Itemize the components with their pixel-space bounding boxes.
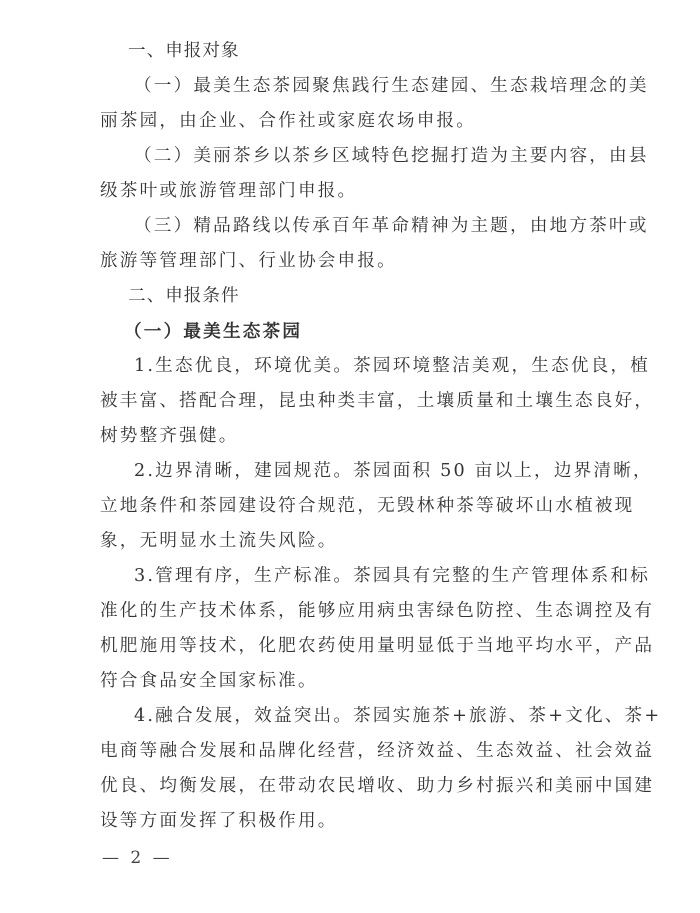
section-heading-2: 二、申报条件 (100, 279, 584, 314)
paragraph-line: 象，无明显水土流失风险。 (100, 524, 584, 559)
paragraph-2-4: 4.融合发展，效益突出。茶园实施茶+旅游、茶+文化、茶+ 电商等融合发展和品牌化… (100, 699, 584, 839)
paragraph-line: （二）美丽茶乡以茶乡区域特色挖掘打造为主要内容，由县 (100, 139, 584, 174)
paragraph-line: 1.生态优良，环境优美。茶园环境整洁美观，生态优良，植 (100, 349, 584, 384)
paragraph-2-3: 3.管理有序，生产标准。茶园具有完整的生产管理体系和标 准化的生产技术体系，能够… (100, 559, 584, 699)
page-number: — 2 — (102, 848, 173, 868)
paragraph-line: （三）精品路线以传承百年革命精神为主题，由地方茶叶或 (100, 209, 584, 244)
paragraph-line: 立地条件和茶园建设符合规范，无毁林种茶等破坏山水植被现 (100, 489, 584, 524)
paragraph-line: 3.管理有序，生产标准。茶园具有完整的生产管理体系和标 (100, 559, 584, 594)
paragraph-line: 机肥施用等技术，化肥农药使用量明显低于当地平均水平，产品 (100, 629, 584, 664)
paragraph-line: 树势整齐强健。 (100, 419, 584, 454)
paragraph-1-2: （二）美丽茶乡以茶乡区域特色挖掘打造为主要内容，由县 级茶叶或旅游管理部门申报。 (100, 139, 584, 209)
subsection-heading: （一）最美生态茶园 (100, 314, 584, 349)
document-page: 一、申报对象 （一）最美生态茶园聚焦践行生态建园、生态栽培理念的美 丽茶园，由企… (100, 34, 584, 839)
paragraph-line: 被丰富、搭配合理，昆虫种类丰富，土壤质量和土壤生态良好， (100, 384, 584, 419)
paragraph-2-1: 1.生态优良，环境优美。茶园环境整洁美观，生态优良，植 被丰富、搭配合理，昆虫种… (100, 349, 584, 454)
paragraph-line: 旅游等管理部门、行业协会申报。 (100, 244, 584, 279)
paragraph-2-2: 2.边界清晰，建园规范。茶园面积 50 亩以上，边界清晰， 立地条件和茶园建设符… (100, 454, 584, 559)
paragraph-line: 设等方面发挥了积极作用。 (100, 804, 584, 839)
paragraph-line: 2.边界清晰，建园规范。茶园面积 50 亩以上，边界清晰， (100, 454, 584, 489)
section-heading-1: 一、申报对象 (100, 34, 584, 69)
paragraph-line: 丽茶园，由企业、合作社或家庭农场申报。 (100, 104, 584, 139)
paragraph-1-3: （三）精品路线以传承百年革命精神为主题，由地方茶叶或 旅游等管理部门、行业协会申… (100, 209, 584, 279)
paragraph-line: 符合食品安全国家标准。 (100, 664, 584, 699)
paragraph-line: 级茶叶或旅游管理部门申报。 (100, 174, 584, 209)
paragraph-line: 准化的生产技术体系，能够应用病虫害绿色防控、生态调控及有 (100, 594, 584, 629)
paragraph-line: 优良、均衡发展，在带动农民增收、助力乡村振兴和美丽中国建 (100, 769, 584, 804)
paragraph-line: （一）最美生态茶园聚焦践行生态建园、生态栽培理念的美 (100, 69, 584, 104)
paragraph-line: 4.融合发展，效益突出。茶园实施茶+旅游、茶+文化、茶+ (100, 699, 584, 734)
paragraph-1-1: （一）最美生态茶园聚焦践行生态建园、生态栽培理念的美 丽茶园，由企业、合作社或家… (100, 69, 584, 139)
paragraph-line: 电商等融合发展和品牌化经营，经济效益、生态效益、社会效益 (100, 734, 584, 769)
